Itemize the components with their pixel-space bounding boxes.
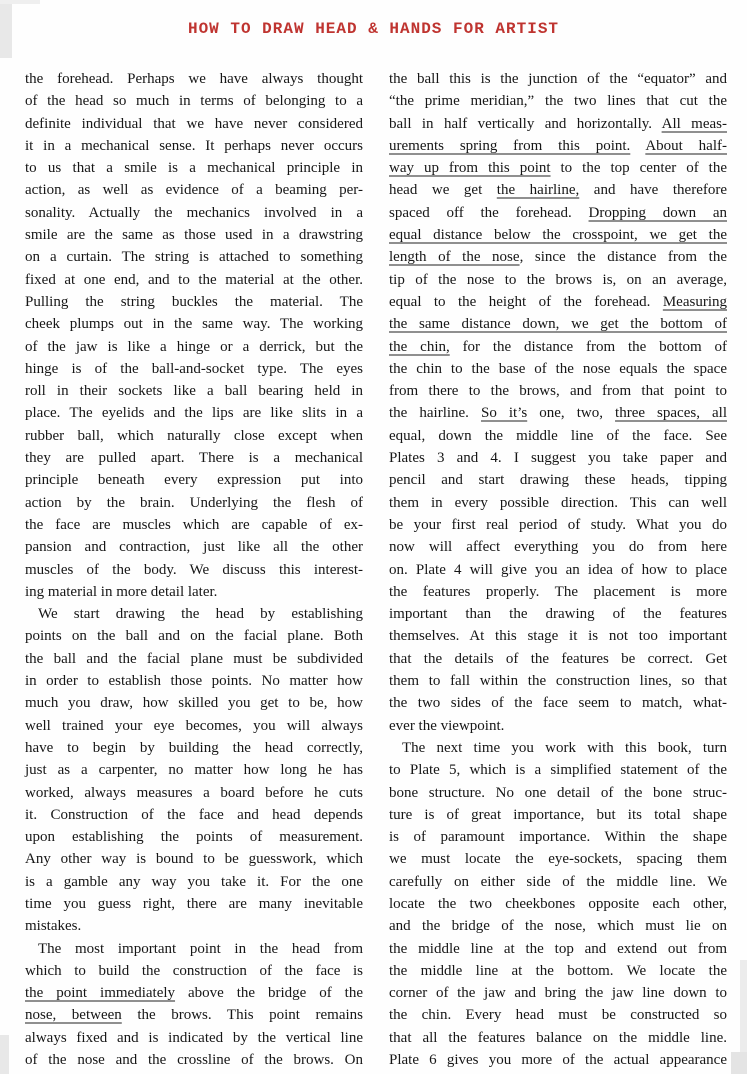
text-line: themselves. At this stage it is not too … <box>389 625 727 647</box>
text-line: be your first real period of study. What… <box>389 514 727 536</box>
text-line: of the jaw is like a hinge or a derrick,… <box>25 336 363 358</box>
text-line: them in every possible direction. This c… <box>389 492 727 514</box>
text-line: the ball this is the junction of the “eq… <box>389 68 727 90</box>
text-line: points on the ball and on the facial pla… <box>25 625 363 647</box>
text-line: equal, down the middle line of the face.… <box>389 425 727 447</box>
text-line: smile are the same as those used in a dr… <box>25 224 363 246</box>
text-line: corner of the jaw and bring the jaw line… <box>389 982 727 1004</box>
text-line: the face are muscles which are capable o… <box>25 514 363 536</box>
pencil-underline: the chin, <box>389 339 450 355</box>
pencil-underline: three spaces, all <box>615 405 727 421</box>
book-page: HOW TO DRAW HEAD & HANDS FOR ARTIST the … <box>0 0 747 1074</box>
text-line: worked, always measures a board before h… <box>25 782 363 804</box>
text-line: them to fall within the construction lin… <box>389 670 727 692</box>
text-line: the two sides of the face seem to match,… <box>389 692 727 714</box>
text-line: sonality. Actually the mechanics involve… <box>25 202 363 224</box>
text-line: cheek plumps out in the same way. The wo… <box>25 313 363 335</box>
text-line: to Plate 5, which is a simplified statem… <box>389 759 727 781</box>
text-line: well trained your eye becomes, you will … <box>25 715 363 737</box>
text-line: ture is of great importance, but its tot… <box>389 804 727 826</box>
text-line: fixed at one end, and to the material at… <box>25 269 363 291</box>
text-line: upon establishing the points of measurem… <box>25 826 363 848</box>
text-line: always fixed and is indicated by the ver… <box>25 1027 363 1049</box>
text-line: way up from this point to the top center… <box>389 157 727 179</box>
text-line: equal to the height of the forehead. Mea… <box>389 291 727 313</box>
text-line: the middle line at the bottom. We locate… <box>389 960 727 982</box>
text-line: bone structure. No one detail of the bon… <box>389 782 727 804</box>
text-line: much you draw, how skilled you get to be… <box>25 692 363 714</box>
text-line: Plate 6 gives you more of the actual app… <box>389 1049 727 1071</box>
text-line: on. Plate 4 will give you an idea of how… <box>389 559 727 581</box>
text-line: length of the nose, since the distance f… <box>389 246 727 268</box>
text-line: the features properly. The placement is … <box>389 581 727 603</box>
text-line: the forehead. Perhaps we have always tho… <box>25 68 363 90</box>
pencil-underline: the point immediately <box>25 985 175 1001</box>
pencil-underline: the same distance down, we get the botto… <box>389 316 727 332</box>
text-line: equal distance below the crosspoint, we … <box>389 224 727 246</box>
text-line: of the head so much in terms of belongin… <box>25 90 363 112</box>
text-line: and the bridge of the nose, which must l… <box>389 915 727 937</box>
scan-edge-right-corner <box>731 1052 747 1074</box>
text-line: we must locate the eye-sockets, spacing … <box>389 848 727 870</box>
text-line: pansion and contraction, just like all t… <box>25 536 363 558</box>
pencil-underline: Dropping down an <box>589 205 727 221</box>
pencil-underline: Measuring <box>663 294 727 310</box>
text-line: action by the brain. Underlying the fles… <box>25 492 363 514</box>
text-line: is a gamble any way you take it. For the… <box>25 871 363 893</box>
text-line: The most important point in the head fro… <box>25 938 363 960</box>
text-line: the chin. Every head must be constructed… <box>389 1004 727 1026</box>
text-line: ball in half vertically and horizontally… <box>389 113 727 135</box>
scan-edge-left-bottom <box>0 1035 9 1074</box>
scan-edge-top-left <box>0 0 40 4</box>
text-line: tip of the nose to the brows is, on an a… <box>389 269 727 291</box>
pencil-underline: length of the nose <box>389 249 520 265</box>
text-column-right: the ball this is the junction of the “eq… <box>389 68 727 1071</box>
text-line: time you guess right, there are many ine… <box>25 893 363 915</box>
text-line: ever the viewpoint. <box>389 715 727 737</box>
pencil-underline: equal distance below the crosspoint, we … <box>389 227 727 243</box>
pencil-underline: urements spring from this point. <box>389 138 630 154</box>
text-line: that the details of the features be corr… <box>389 648 727 670</box>
text-line: principle beneath every expression put i… <box>25 469 363 491</box>
text-line: it. Construction of the face and head de… <box>25 804 363 826</box>
paragraph: The most important point in the head fro… <box>25 938 363 1072</box>
pencil-underline: So it’s <box>481 405 527 421</box>
page-title: HOW TO DRAW HEAD & HANDS FOR ARTIST <box>0 20 747 38</box>
pencil-underline: nose, between <box>25 1007 122 1023</box>
paragraph: We start drawing the head by establishin… <box>25 603 363 937</box>
text-line: locate the two cheekbones opposite each … <box>389 893 727 915</box>
text-line: from there to the brows, and from that p… <box>389 380 727 402</box>
text-line: head we get the hairline, and have there… <box>389 179 727 201</box>
text-line: definite individual that we have never c… <box>25 113 363 135</box>
text-line: the hairline. So it’s one, two, three sp… <box>389 402 727 424</box>
text-line: Plates 3 and 4. I suggest you take paper… <box>389 447 727 469</box>
text-line: the point immediately above the bridge o… <box>25 982 363 1004</box>
text-line: of the nose and the crossline of the bro… <box>25 1049 363 1071</box>
pencil-underline: way up from this point <box>389 160 551 176</box>
text-line: it in a mechanical sense. It perhaps nev… <box>25 135 363 157</box>
text-line: carefully on either side of the middle l… <box>389 871 727 893</box>
text-line: action, as well as evidence of a beaming… <box>25 179 363 201</box>
text-line: hinge is of the ball-and-socket type. Th… <box>25 358 363 380</box>
text-line: they are pulled apart. There is a mechan… <box>25 447 363 469</box>
text-line: spaced off the forehead. Dropping down a… <box>389 202 727 224</box>
text-line: to us that a smile is a mechanical princ… <box>25 157 363 179</box>
text-line: ing material in more detail later. <box>25 581 363 603</box>
text-line: nose, between the brows. This point rema… <box>25 1004 363 1026</box>
pencil-underline: the hairline, <box>497 182 579 198</box>
text-line: mistakes. <box>25 915 363 937</box>
text-line: have to begin by building the head corre… <box>25 737 363 759</box>
text-line: is of paramount importance. Within the s… <box>389 826 727 848</box>
text-line: the ball and the facial plane must be su… <box>25 648 363 670</box>
text-line: We start drawing the head by establishin… <box>25 603 363 625</box>
text-line: in order to establish those points. No m… <box>25 670 363 692</box>
text-line: the chin, for the distance from the bott… <box>389 336 727 358</box>
text-line: place. The eyelids and the lips are like… <box>25 402 363 424</box>
text-line: “the prime meridian,” the two lines that… <box>389 90 727 112</box>
text-line: The next time you work with this book, t… <box>389 737 727 759</box>
text-line: roll in their sockets like a ball bearin… <box>25 380 363 402</box>
text-line: which to build the construction of the f… <box>25 960 363 982</box>
text-line: that all the features balance on the mid… <box>389 1027 727 1049</box>
paragraph: The next time you work with this book, t… <box>389 737 727 1071</box>
text-line: on a curtain. The string is attached to … <box>25 246 363 268</box>
paragraph: the forehead. Perhaps we have always tho… <box>25 68 363 603</box>
text-line: Pulling the string buckles the material.… <box>25 291 363 313</box>
text-line: pencil and start drawing these heads, ti… <box>389 469 727 491</box>
text-line: rubber ball, which naturally close excep… <box>25 425 363 447</box>
text-line: the middle line at the top and extend ou… <box>389 938 727 960</box>
text-line: the chin to the base of the nose equals … <box>389 358 727 380</box>
pencil-underline: All meas- <box>662 116 727 132</box>
text-line: urements spring from this point. About h… <box>389 135 727 157</box>
pencil-underline: About half- <box>645 138 727 154</box>
text-line: the same distance down, we get the botto… <box>389 313 727 335</box>
text-line: just as a carpenter, no matter how long … <box>25 759 363 781</box>
text-column-left: the forehead. Perhaps we have always tho… <box>25 68 363 1071</box>
text-line: now will affect everything you do from h… <box>389 536 727 558</box>
text-line: muscles of the body. We discuss this int… <box>25 559 363 581</box>
text-line: Any other way is bound to be guesswork, … <box>25 848 363 870</box>
paragraph: the ball this is the junction of the “eq… <box>389 68 727 737</box>
text-line: important than the drawing of the featur… <box>389 603 727 625</box>
